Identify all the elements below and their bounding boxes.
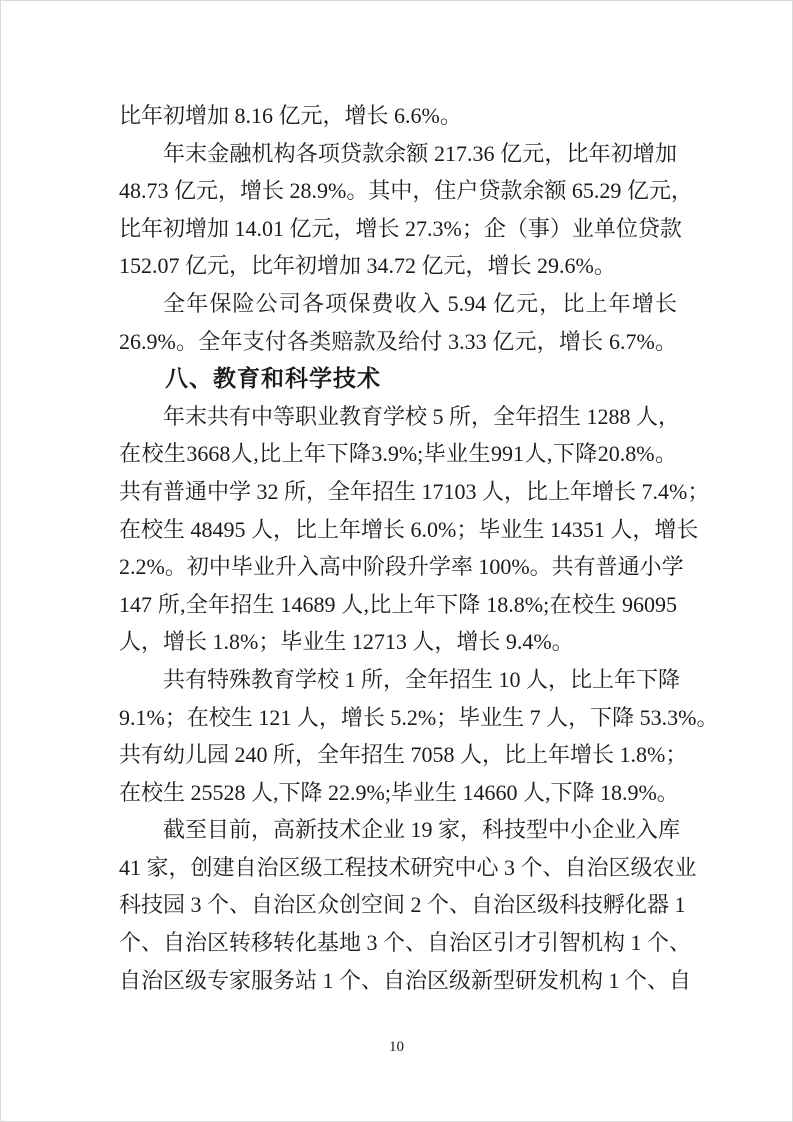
text-line: 全年保险公司各项保费收入 5.94 亿元，比上年增长	[119, 285, 677, 323]
text-line: 48.73 亿元，增长 28.9%。其中，住户贷款余额 65.29 亿元，	[119, 172, 677, 210]
text-line: 2.2%。初中毕业升入高中阶段升学率 100%。共有普通小学	[119, 548, 677, 586]
paragraph: 比年初增加 8.16 亿元，增长 6.6%。	[119, 97, 677, 135]
text-line: 41 家，创建自治区级工程技术研究中心 3 个、自治区级农业	[119, 849, 677, 887]
text-line: 152.07 亿元，比年初增加 34.72 亿元，增长 29.6%。	[119, 247, 677, 285]
text-line: 在校生3668人,比上年下降3.9%;毕业生991人,下降20.8%。	[119, 435, 677, 473]
document-page: 比年初增加 8.16 亿元，增长 6.6%。 年末金融机构各项贷款余额 217.…	[0, 0, 793, 1122]
text-line: 9.1%；在校生 121 人，增长 5.2%；毕业生 7 人，下降 53.3%。	[119, 699, 677, 737]
text-line: 26.9%。全年支付各类赔款及给付 3.33 亿元，增长 6.7%。	[119, 323, 677, 361]
section-heading: 八、教育和科学技术	[119, 360, 677, 398]
text-line: 比年初增加 8.16 亿元，增长 6.6%。	[119, 97, 677, 135]
text-line: 截至目前，高新技术企业 19 家，科技型中小企业入库	[119, 811, 677, 849]
text-line: 共有特殊教育学校 1 所，全年招生 10 人，比上年下降	[119, 661, 677, 699]
text-line: 人，增长 1.8%；毕业生 12713 人，增长 9.4%。	[119, 623, 677, 661]
section: 八、教育和科学技术	[119, 360, 677, 398]
paragraph: 截至目前，高新技术企业 19 家，科技型中小企业入库 41 家，创建自治区级工程…	[119, 811, 677, 999]
text-line: 在校生 25528 人,下降 22.9%;毕业生 14660 人,下降 18.9…	[119, 774, 677, 812]
paragraph: 年末金融机构各项贷款余额 217.36 亿元，比年初增加 48.73 亿元，增长…	[119, 135, 677, 285]
text-line: 共有幼儿园 240 所，全年招生 7058 人，比上年增长 1.8%；	[119, 736, 677, 774]
text-line: 在校生 48495 人，比上年增长 6.0%；毕业生 14351 人，增长	[119, 511, 677, 549]
text-line: 比年初增加 14.01 亿元，增长 27.3%；企（事）业单位贷款	[119, 210, 677, 248]
text-line: 147 所,全年招生 14689 人,比上年下降 18.8%;在校生 96095	[119, 586, 677, 624]
text-line: 年末金融机构各项贷款余额 217.36 亿元，比年初增加	[119, 135, 677, 173]
text-line: 自治区级专家服务站 1 个、自治区级新型研发机构 1 个、自	[119, 962, 677, 1000]
paragraph: 年末共有中等职业教育学校 5 所，全年招生 1288 人， 在校生3668人,比…	[119, 398, 677, 661]
text-line: 科技园 3 个、自治区众创空间 2 个、自治区级科技孵化器 1	[119, 886, 677, 924]
paragraph: 共有特殊教育学校 1 所，全年招生 10 人，比上年下降 9.1%；在校生 12…	[119, 661, 677, 811]
page-number: 10	[1, 1037, 792, 1057]
page-body: 比年初增加 8.16 亿元，增长 6.6%。 年末金融机构各项贷款余额 217.…	[119, 97, 677, 999]
text-line: 年末共有中等职业教育学校 5 所，全年招生 1288 人，	[119, 398, 677, 436]
text-line: 共有普通中学 32 所，全年招生 17103 人，比上年增长 7.4%；	[119, 473, 677, 511]
text-line: 个、自治区转移转化基地 3 个、自治区引才引智机构 1 个、	[119, 924, 677, 962]
paragraph: 全年保险公司各项保费收入 5.94 亿元，比上年增长 26.9%。全年支付各类赔…	[119, 285, 677, 360]
